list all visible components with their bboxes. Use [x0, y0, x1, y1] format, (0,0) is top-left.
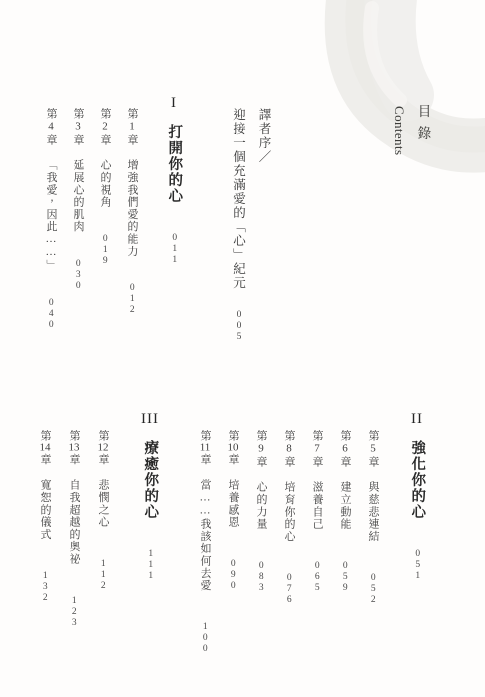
chapter-page-number: 100 — [200, 622, 210, 655]
page-title: 目錄 — [416, 104, 430, 148]
toc-chapter: 第5章與慈悲連結052 — [365, 430, 380, 655]
toc-chapter: 第14章寬恕的儀式132 — [37, 430, 52, 629]
section-3-chapters: 第12章悲憫之心112第13章自我超越的奧祕123第14章寬恕的儀式132 — [37, 430, 110, 629]
chapter-number-digits: 6 — [339, 442, 351, 455]
toc-chapter: 第1章增強我們愛的能力012 — [124, 108, 139, 331]
chapter-page-number: 123 — [69, 596, 79, 629]
chapter-title: 滋養自己 — [311, 481, 322, 530]
preface-entry: 譯者序／ 迎接一個充滿愛的「心」紀元 005 — [232, 108, 270, 343]
chapter-number: 第8章 — [283, 430, 294, 468]
chapter-title: 建立動能 — [339, 481, 350, 530]
chapter-number-digits: 13 — [68, 442, 80, 453]
chapter-number: 第9章 — [255, 430, 266, 468]
section-2-title: 強化你的心 — [410, 440, 425, 521]
section-3-title: 療癒你的心 — [143, 440, 158, 521]
section-3-numeral: III — [141, 412, 159, 427]
chapter-number: 第7章 — [311, 430, 322, 468]
chapter-page-number: 076 — [284, 573, 294, 606]
chapter-title: 培育你的心 — [283, 481, 294, 543]
chapter-page-number: 040 — [46, 298, 56, 331]
chapter-number: 第10章 — [227, 430, 238, 466]
chapter-number-digits: 1 — [126, 120, 138, 133]
toc-chapter: 第9章心的力量083 — [253, 430, 268, 655]
section-3-page-number: 111 — [145, 549, 155, 582]
toc-chapter: 第7章滋養自己065 — [309, 430, 324, 655]
chapter-number: 第11章 — [199, 430, 210, 466]
chapter-number-digits: 7 — [311, 442, 323, 455]
toc-chapter: 第11章當……我該如何去愛100 — [197, 430, 212, 655]
chapter-number: 第6章 — [339, 430, 350, 468]
chapter-title: 悲憫之心 — [97, 479, 108, 528]
chapter-number: 第3章 — [72, 108, 83, 146]
chapter-page-number: 052 — [368, 573, 378, 606]
section-1-chapters: 第1章增強我們愛的能力012第2章心的視角019第3章延展心的肌肉030第4章「… — [43, 108, 139, 331]
chapter-number: 第4章 — [45, 108, 56, 146]
chapter-page-number: 059 — [340, 561, 350, 594]
chapter-number-digits: 4 — [45, 120, 57, 133]
preface-page-number: 005 — [234, 310, 244, 343]
toc-chapter: 第12章悲憫之心112 — [95, 430, 110, 629]
chapter-number-digits: 5 — [367, 442, 379, 455]
chapter-number-digits: 3 — [72, 120, 84, 133]
chapter-number-digits: 11 — [199, 442, 211, 453]
chapter-number-digits: 9 — [255, 442, 267, 455]
chapter-number-digits: 8 — [283, 442, 295, 455]
toc-chapter: 第3章延展心的肌肉030 — [70, 108, 85, 331]
toc-chapter: 第8章培育你的心076 — [281, 430, 296, 655]
chapter-title: 自我超越的奧祕 — [68, 479, 79, 565]
section-1-numeral: I — [171, 96, 177, 111]
chapter-title: 當……我該如何去愛 — [199, 479, 210, 592]
toc-chapter: 第6章建立動能059 — [337, 430, 352, 655]
chapter-page-number: 065 — [312, 561, 322, 594]
chapter-number-digits: 10 — [227, 442, 239, 453]
toc-chapter: 第13章自我超越的奧祕123 — [66, 430, 81, 629]
section-1-header: I 打開你的心 011 — [157, 96, 191, 266]
toc-chapter: 第4章「我愛，因此……」040 — [43, 108, 58, 331]
chapter-page-number: 132 — [40, 571, 50, 604]
preface-title-column: 迎接一個充滿愛的「心」紀元 005 — [232, 108, 245, 343]
chapter-page-number: 030 — [73, 259, 83, 292]
chapter-title: 培養感恩 — [227, 479, 238, 528]
chapter-title: 寬恕的儀式 — [39, 479, 50, 541]
toc-chapter: 第2章心的視角019 — [97, 108, 112, 331]
chapter-number-digits: 12 — [97, 442, 109, 453]
chapter-page-number: 019 — [100, 234, 110, 267]
chapter-number: 第5章 — [367, 430, 378, 468]
preface-title: 迎接一個充滿愛的「心」紀元 — [232, 108, 245, 290]
chapter-number: 第2章 — [99, 108, 110, 146]
chapter-number-digits: 14 — [39, 442, 51, 453]
chapter-title: 心的視角 — [99, 159, 110, 208]
chapter-number: 第13章 — [68, 430, 79, 466]
chapter-number: 第1章 — [126, 108, 137, 146]
page-title-english: Contents — [393, 106, 406, 155]
chapter-number: 第14章 — [39, 430, 50, 466]
chapter-number: 第12章 — [97, 430, 108, 466]
preface-label: 譯者序／ — [258, 108, 271, 343]
toc-page: 目錄 Contents 譯者序／ 迎接一個充滿愛的「心」紀元 005 I 打開你… — [0, 0, 485, 697]
chapter-page-number: 112 — [98, 559, 108, 592]
chapter-number-digits: 2 — [99, 120, 111, 133]
section-1-title: 打開你的心 — [167, 124, 182, 205]
toc-chapter: 第10章培養感恩090 — [225, 430, 240, 655]
section-2-chapters: 第5章與慈悲連結052第6章建立動能059第7章滋養自己065第8章培育你的心0… — [197, 430, 380, 655]
chapter-title: 增強我們愛的能力 — [126, 159, 137, 257]
chapter-title: 與慈悲連結 — [367, 481, 378, 543]
chapter-title: 「我愛，因此……」 — [45, 159, 56, 272]
section-2-header: II 強化你的心 051 — [400, 412, 434, 582]
section-3-header: III 療癒你的心 111 — [133, 412, 167, 582]
section-1-page-number: 011 — [169, 233, 179, 266]
section-2-numeral: II — [411, 412, 423, 427]
chapter-title: 心的力量 — [255, 481, 266, 530]
chapter-page-number: 090 — [228, 559, 238, 592]
chapter-page-number: 012 — [127, 283, 137, 316]
section-2-page-number: 051 — [412, 549, 422, 582]
chapter-page-number: 083 — [256, 561, 266, 594]
chapter-title: 延展心的肌肉 — [72, 159, 83, 233]
